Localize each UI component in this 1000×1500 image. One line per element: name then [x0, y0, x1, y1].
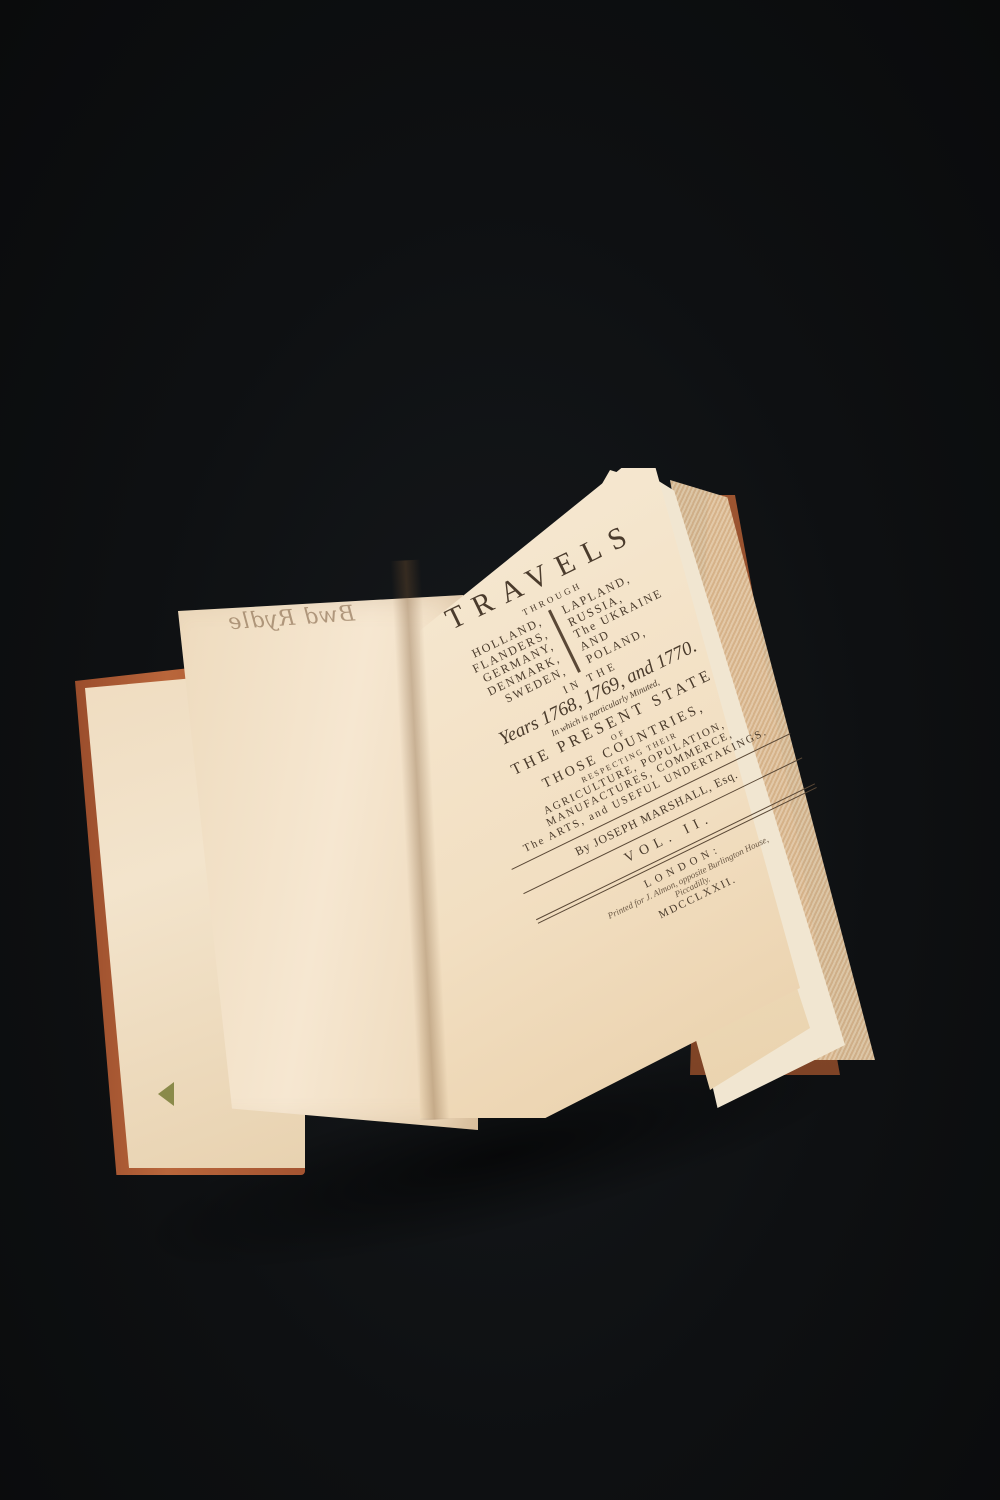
bookmark-ribbon — [158, 1082, 174, 1106]
photo-scene: Bwd Rydle TRAVELS THROUGH HOLLAND, FLAND… — [0, 0, 1000, 1500]
